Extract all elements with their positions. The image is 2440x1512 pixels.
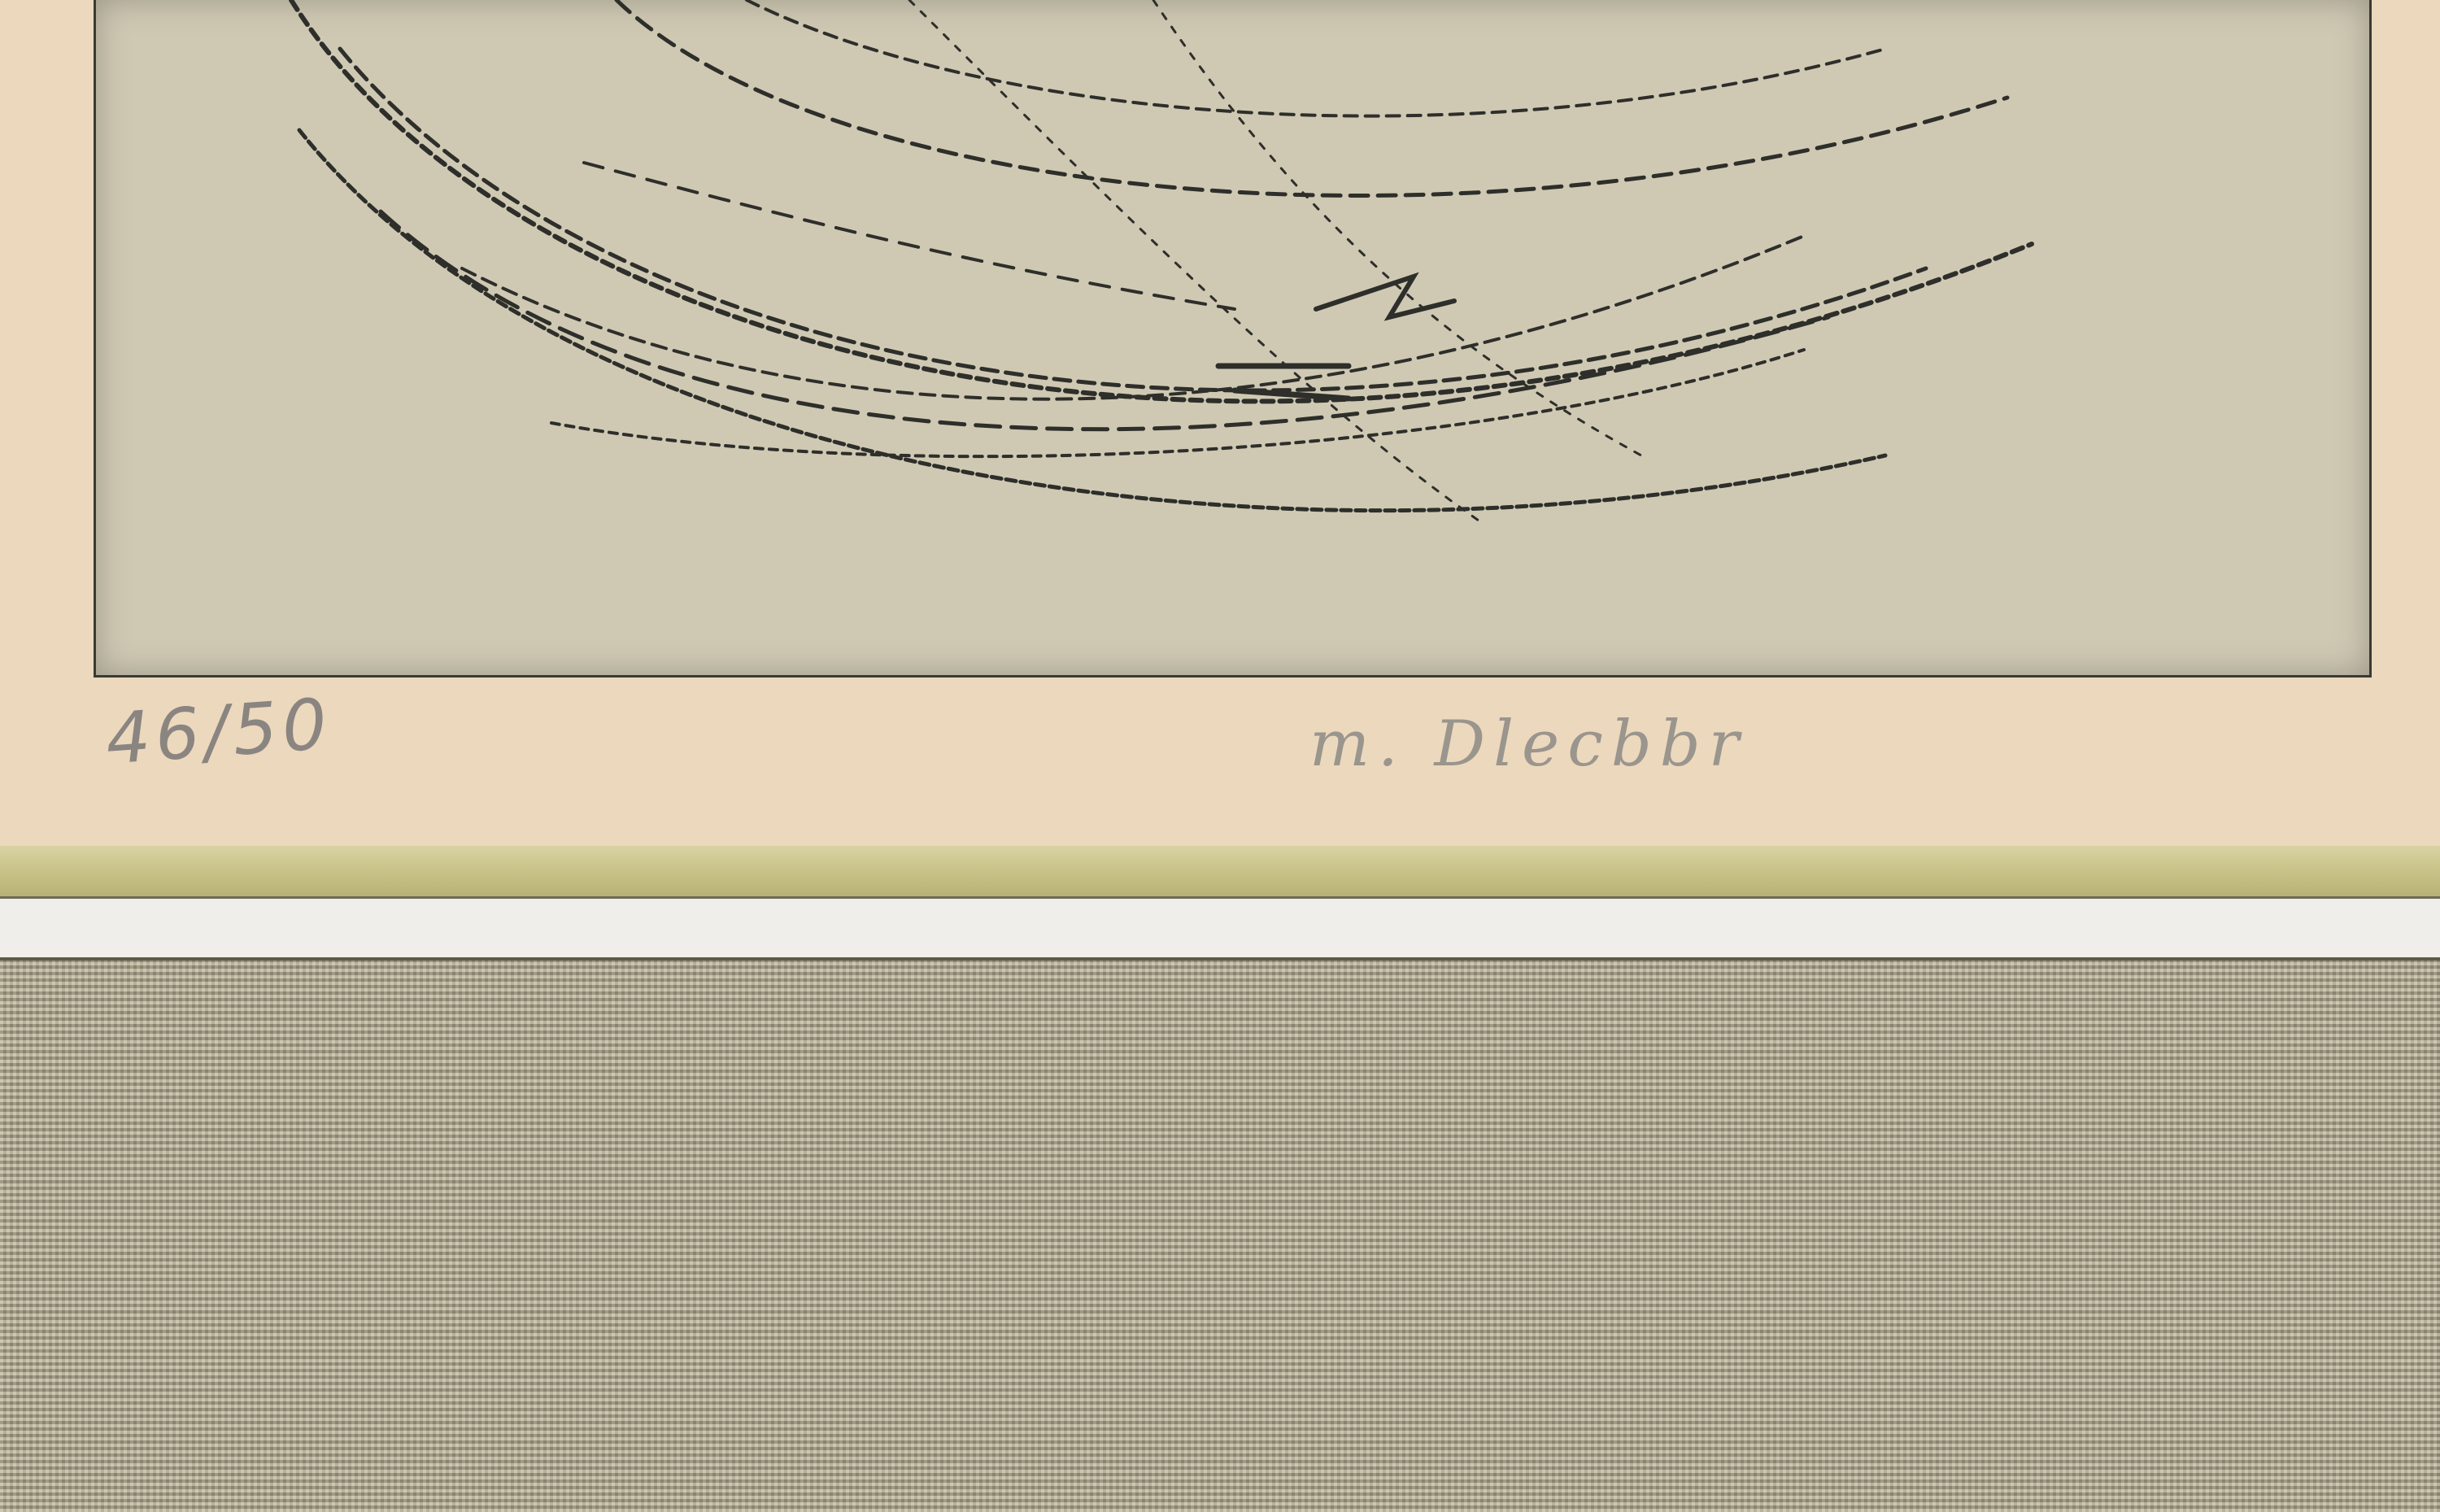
artist-signature: m. Dlecbbr [1309,708,1747,781]
etched-plate [94,0,2372,678]
etched-curved-lines [96,0,2369,675]
gilt-fillet [0,846,2440,899]
edition-number: 46/50 [103,683,334,780]
linen-mat [0,961,2440,1512]
print-paper: 46/50 m. Dlecbbr [0,0,2440,846]
white-fillet [0,899,2440,961]
